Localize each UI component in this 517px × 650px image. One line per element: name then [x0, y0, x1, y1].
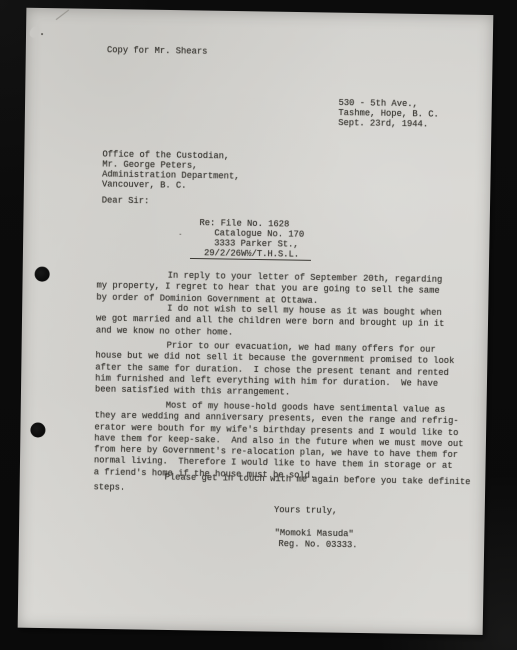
body-paragraph-2: I do not wish to sell my house as it was… — [96, 303, 486, 343]
body-paragraph-5: Please get in touch with me again before… — [93, 471, 483, 500]
reference-block: Re: File No. 1628 Catalogue No. 170 3333… — [199, 218, 312, 261]
sender-address-block: 530 - 5th Ave.,Tashme, Hope, B. C.Sept. … — [338, 98, 439, 130]
registration-number: Reg. No. 03333. — [274, 538, 357, 550]
scratch-artifact — [56, 10, 69, 20]
photo-background: Copy for Mr. Shears 530 - 5th Ave.,Tashm… — [0, 0, 517, 650]
salutation: Dear Sir: — [102, 195, 150, 206]
body-paragraph-3: Prior to our evacuation, we had many off… — [95, 339, 486, 402]
hole-punch-top — [35, 267, 50, 282]
paper-tear-artifact — [28, 25, 40, 39]
ink-speck — [41, 33, 43, 35]
hole-punch-bottom — [30, 422, 45, 437]
sender-address-line: Sept. 23rd, 1944. — [338, 118, 439, 130]
letter-page: Copy for Mr. Shears 530 - 5th Ave.,Tashm… — [18, 8, 494, 635]
signature-name: "Momoki Masuda" — [275, 528, 358, 540]
recipient-address-block: Office of the Custodian,Mr. George Peter… — [102, 149, 240, 191]
ink-speck — [179, 234, 181, 235]
reference-legal-description: 29/2/26W½/T.H.S.L. — [190, 248, 311, 261]
copy-note: Copy for Mr. Shears — [107, 45, 208, 57]
signature-block: "Momoki Masuda" Reg. No. 03333. — [274, 528, 357, 550]
closing: Yours truly, — [274, 505, 337, 516]
